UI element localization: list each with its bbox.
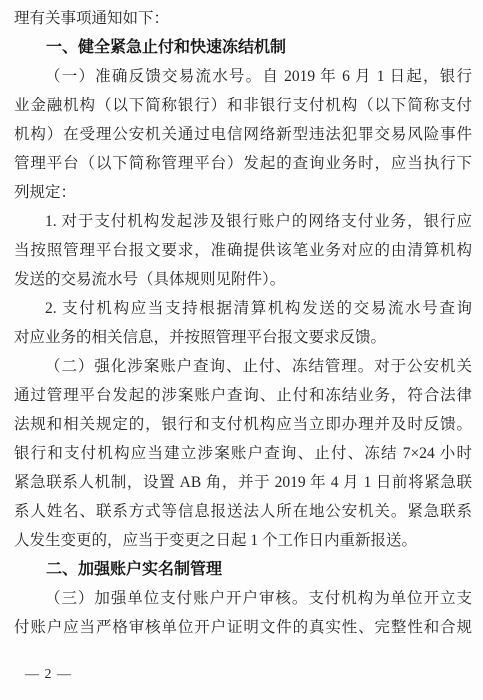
document-body: 理有关事项通知如下：一、健全紧急止付和快速冻结机制（一）准确反馈交易流水号。自 … [14,4,472,642]
document-line: （二）强化涉案账户查询、止付、冻结管理。对于公安机关 [14,352,472,381]
document-line: （三）加强单位支付账户开户审核。支付机构为单位开立支 [14,584,472,613]
document-line: 管理平台（以下简称管理平台）发起的查询业务时，应当执行下 [14,149,472,178]
document-line: （一）准确反馈交易流水号。自 2019 年 6 月 1 日起，银行 [14,62,472,91]
section-heading: 一、健全紧急止付和快速冻结机制 [14,33,472,62]
document-line: 当按照管理平台报文要求，准确提供该笔业务对应的由清算机构 [14,236,472,265]
document-line: 对应业务的相关信息，并按照管理平台报文要求反馈。 [14,323,472,352]
document-line: 法规和相关规定的，银行和支付机构应当立即办理并及时反馈。 [14,410,472,439]
document-line: 系人姓名、联系方式等信息报送法人所在地公安机关。紧急联系 [14,497,472,526]
document-line: 2. 支付机构应当支持根据清算机构发送的交易流水号查询 [14,294,472,323]
document-line: 银行和支付机构应当建立涉案账户查询、止付、冻结 7×24 小时 [14,439,472,468]
document-line: 1. 对于支付机构发起涉及银行账户的网络支付业务，银行应 [14,207,472,236]
document-page: 理有关事项通知如下：一、健全紧急止付和快速冻结机制（一）准确反馈交易流水号。自 … [0,0,483,700]
document-line: 列规定： [14,178,472,207]
document-line: 发送的交易流水号（具体规则见附件）。 [14,265,472,294]
document-line: 紧急联系人机制，设置 AB 角，并于 2019 年 4 月 1 日前将紧急联 [14,468,472,497]
document-line: 业金融机构（以下简称银行）和非银行支付机构（以下简称支付 [14,91,472,120]
document-line: 机构）在受理公安机关通过电信网络新型违法犯罪交易风险事件 [14,120,472,149]
document-line: 理有关事项通知如下： [14,4,472,33]
document-line: 通过管理平台发起的涉案账户查询、止付和冻结业务，符合法律 [14,381,472,410]
page-number: — 2 — [25,666,72,684]
document-line: 付账户应当严格审核单位开户证明文件的真实性、完整性和合规 [14,613,472,642]
section-heading: 二、加强账户实名制管理 [14,555,472,584]
document-line: 人发生变更的，应当于变更之日起 1 个工作日内重新报送。 [14,526,472,555]
